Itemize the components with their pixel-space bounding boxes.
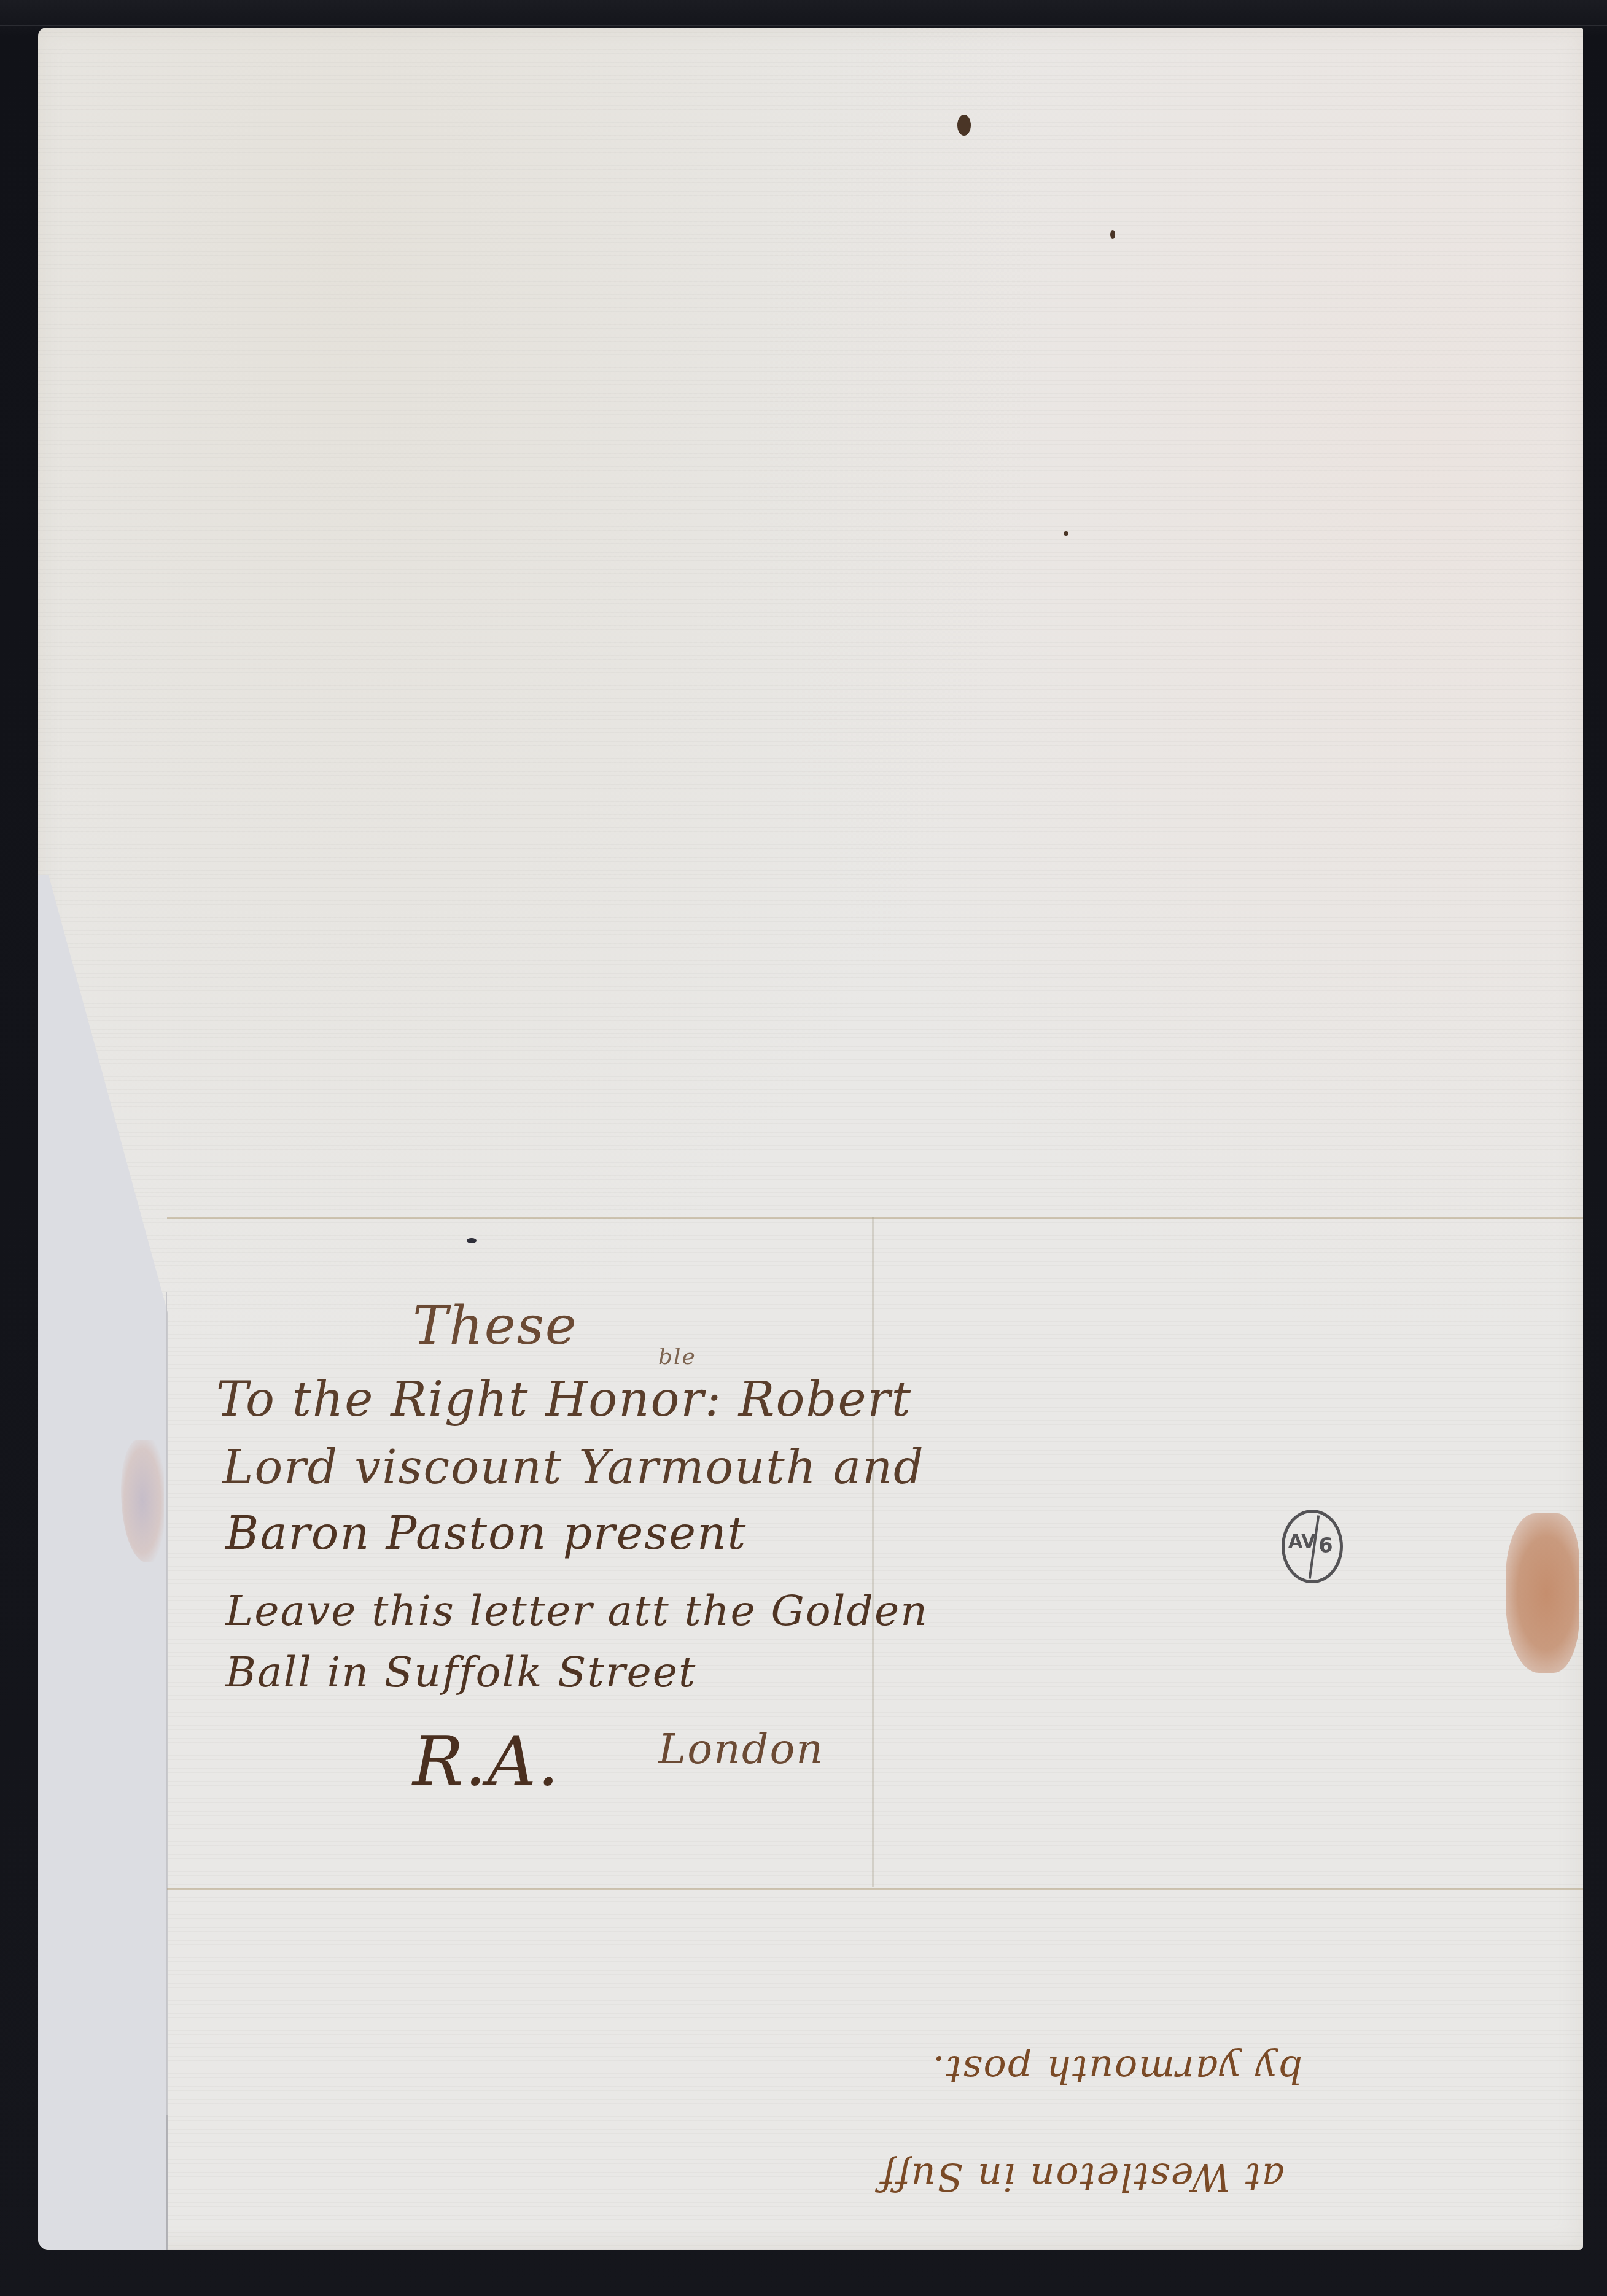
paper-texture [38, 28, 1583, 2250]
ink-blot [957, 115, 971, 136]
mount-edge-line [0, 25, 1607, 26]
address-line-3: Baron Paston present [225, 1507, 747, 1560]
ink-speck [1110, 230, 1115, 239]
ink-speck [467, 1238, 477, 1243]
wax-seal-residue [1506, 1513, 1579, 1673]
address-superscript: ble [658, 1344, 696, 1370]
inverted-note-line-1: by yarmouth post. [932, 2047, 1302, 2092]
address-city: London [658, 1725, 824, 1774]
postal-signature-mark: R.A. [413, 1722, 560, 1801]
postmark-month: AV [1288, 1531, 1315, 1553]
address-line-1: To the Right Honor: Robert [216, 1372, 912, 1427]
bishop-postmark-stamp: AV 6 [1282, 1510, 1343, 1583]
address-line-4: Leave this letter att the Golden [225, 1587, 928, 1635]
address-line-2: Lord viscount Yarmouth and [222, 1440, 925, 1494]
letter-sheet: These ble To the Right Honor: Robert Lor… [38, 28, 1583, 2250]
folded-left-flap [38, 875, 168, 2250]
address-these: These [413, 1295, 578, 1357]
lower-left-crease [166, 2115, 168, 2250]
inverted-note-line-2: at Westleton in Suff [879, 2155, 1285, 2200]
ink-speck [1064, 531, 1068, 536]
address-line-5: Ball in Suffolk Street [225, 1648, 696, 1697]
postmark-day: 6 [1318, 1534, 1333, 1558]
vertical-fold-line [872, 1217, 874, 1887]
